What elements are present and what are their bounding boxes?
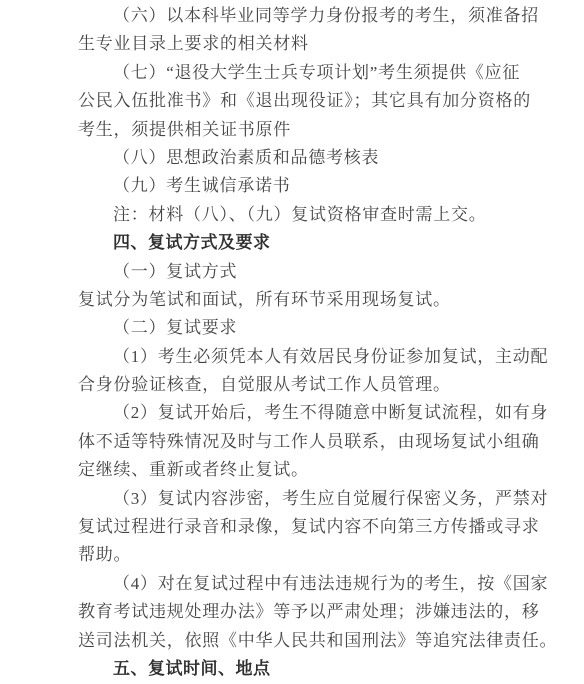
- section-heading-5: 五、复试时间、地点: [78, 655, 507, 683]
- doc-line-23: 送司法机关，依照《中华人民共和国刑法》等追究法律责任。: [78, 627, 507, 655]
- doc-line-3: （七）“退役大学生士兵专项计划”考生须提供《应征: [78, 59, 507, 87]
- doc-line-2: 生专业目录上要求的相关材料: [78, 30, 507, 58]
- doc-line-4: 公民入伍批准书》和《退出现役证》；其它具有加分资格的: [78, 87, 507, 115]
- doc-line-10: （一）复试方式: [78, 258, 507, 286]
- doc-line-21: （4）对在复试过程中有违法违规行为的考生，按《国家: [78, 570, 507, 598]
- doc-line-6: （八）思想政治素质和品德考核表: [78, 144, 507, 172]
- doc-line-12: （二）复试要求: [78, 314, 507, 342]
- doc-line-14: 合身份验证核查，自觉服从考试工作人员管理。: [78, 371, 507, 399]
- doc-line-7: （九）考生诚信承诺书: [78, 172, 507, 200]
- doc-line-18: （3）复试内容涉密，考生应自觉履行保密义务，严禁对: [78, 485, 507, 513]
- doc-line-note: 注：材料（八）、（九）复试资格审查时需上交。: [78, 201, 507, 229]
- section-heading-4: 四、复试方式及要求: [78, 229, 507, 257]
- doc-line-13: （1）考生必须凭本人有效居民身份证参加复试，主动配: [78, 343, 507, 371]
- doc-line-17: 定继续、重新或者终止复试。: [78, 456, 507, 484]
- doc-line-15: （2）复试开始后，考生不得随意中断复试流程，如有身: [78, 399, 507, 427]
- document-page: （六）以本科毕业同等学力身份报考的考生，须准备招 生专业目录上要求的相关材料 （…: [0, 0, 584, 684]
- doc-line-11: 复试分为笔试和面试，所有环节采用现场复试。: [78, 286, 507, 314]
- doc-line-16: 体不适等特殊情况及时与工作人员联系，由现场复试小组确: [78, 428, 507, 456]
- doc-line-22: 教育考试违规处理办法》等予以严肃处理；涉嫌违法的，移: [78, 598, 507, 626]
- doc-line-19: 复试过程进行录音和录像，复试内容不向第三方传播或寻求: [78, 513, 507, 541]
- doc-line-20: 帮助。: [78, 541, 507, 569]
- doc-line-5: 考生，须提供相关证书原件: [78, 116, 507, 144]
- doc-line-1: （六）以本科毕业同等学力身份报考的考生，须准备招: [78, 2, 507, 30]
